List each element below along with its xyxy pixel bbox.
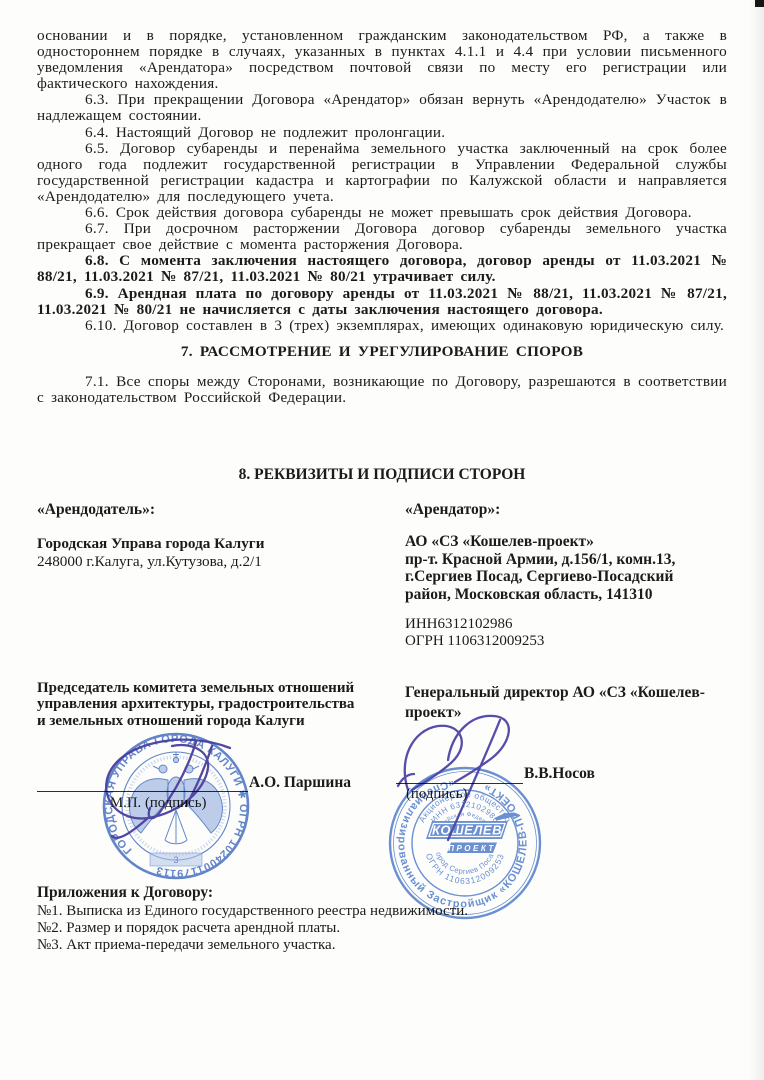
attachments-list: Приложения к Договору: №1. Выписка из Ед… <box>37 884 468 954</box>
landlord-signer-title: Председатель комитета земельных отношени… <box>37 680 354 729</box>
body-text: основании и в порядке, установленном гра… <box>37 28 727 406</box>
tenant-ogrn: ОГРН 1106312009253 <box>405 633 544 650</box>
svg-text:ОГРН 1106312009253: ОГРН 1106312009253 <box>424 852 506 886</box>
landlord-signer-title-line: Председатель комитета земельных отношени… <box>37 680 354 696</box>
tenant-name: АО «СЗ «Кошелев-проект» <box>405 533 735 551</box>
scan-artifact <box>755 0 764 7</box>
tenant-signer-title: Генеральный директор АО «СЗ «Кошелев- пр… <box>405 683 735 722</box>
clause-6-5: 6.5. Договор субаренды и перенайма земел… <box>37 141 727 205</box>
stamp-band-number: 3 <box>173 855 178 865</box>
landlord-label: «Арендодатель»: <box>37 501 155 519</box>
attachment-item: №3. Акт приема-передачи земельного участ… <box>37 937 468 954</box>
tenant-address-line: г.Сергиев Посад, Сергиево-Посадский <box>405 568 735 586</box>
tenant-signature-note: (подпись) <box>406 786 467 803</box>
tenant-signer-title-line: проект» <box>405 703 735 723</box>
tenant-signer-title-line: Генеральный директор АО «СЗ «Кошелев- <box>405 683 735 703</box>
stamp-number-band <box>150 853 202 866</box>
clause-6-3: 6.3. При прекращении Договора «Арендатор… <box>37 92 727 124</box>
section-7-heading: 7. РАССМОТРЕНИЕ И УРЕГУЛИРОВАНИЕ СПОРОВ <box>37 344 727 360</box>
attachment-item: №2. Размер и порядок расчета арендной пл… <box>37 920 468 937</box>
tenant-address-line: район, Московская область, 141310 <box>405 586 735 604</box>
clause-6-6: 6.6. Срок действия договора субаренды не… <box>37 205 727 221</box>
koshelev-logo-text: КОШЕЛЕВ <box>432 823 502 838</box>
tenant-signer-name: В.В.Носов <box>524 765 595 783</box>
clause-6-10: 6.10. Договор составлен в 3 (трех) экзем… <box>37 318 727 334</box>
tenant-stamp-ogrn: ОГРН 1106312009253 <box>424 852 506 886</box>
landlord-signature-ink <box>106 740 230 838</box>
attachment-item: №1. Выписка из Единого государственного … <box>37 903 468 920</box>
clause-6-7: 6.7. При досрочном расторжении Договора … <box>37 221 727 253</box>
tenant-label: «Арендатор»: <box>405 501 500 519</box>
tenant-details: АО «СЗ «Кошелев-проект» пр-т. Красной Ар… <box>405 533 735 603</box>
landlord-details: Городская Управа города Калуги 248000 г.… <box>37 535 264 571</box>
clause-6-8: 6.8. С момента заключения настоящего дог… <box>37 253 727 285</box>
clause-6-4: 6.4. Настоящий Договор не подлежит проло… <box>37 125 727 141</box>
landlord-signer-title-line: управления архитектуры, градостроительст… <box>37 696 354 712</box>
landlord-address: 248000 г.Калуга, ул.Кутузова, д.2/1 <box>37 553 264 571</box>
tenant-inn: ИНН6312102986 <box>405 616 544 633</box>
landlord-name: Городская Управа города Калуги <box>37 535 264 553</box>
tenant-stamp-inn: ИНН 6312102986 <box>429 800 501 825</box>
landlord-signature-note: М.П. (подпись) <box>110 795 206 812</box>
clause-6-9: 6.9. Арендная плата по договору аренды о… <box>37 286 727 318</box>
signature-line-tenant <box>396 783 523 784</box>
landlord-signer-title-line: и земельных отношений города Калуги <box>37 713 354 729</box>
tenant-address-line: пр-т. Красной Армии, д.156/1, комн.13, <box>405 551 735 569</box>
tenant-registration-ids: ИНН6312102986 ОГРН 1106312009253 <box>405 616 544 650</box>
tenant-signature-ink <box>398 716 509 840</box>
landlord-signer-name: А.О. Паршина <box>249 774 351 792</box>
svg-text:ИНН 6312102986: ИНН 6312102986 <box>429 800 501 825</box>
clause-7-1: 7.1. Все споры между Сторонами, возникаю… <box>37 374 727 406</box>
document-page: основании и в порядке, установленном гра… <box>0 0 764 1080</box>
clause-6-2-continuation: основании и в порядке, установленном гра… <box>37 28 727 92</box>
section-8-heading: 8. РЕКВИЗИТЫ И ПОДПИСИ СТОРОН <box>0 466 764 484</box>
attachments-title: Приложения к Договору: <box>37 884 468 901</box>
koshelev-logo: КОШЕЛЕВ ПРОЕКТ <box>426 813 520 853</box>
scan-edge-shadow <box>748 0 764 1080</box>
proekt-logo-text: ПРОЕКТ <box>448 844 496 853</box>
signature-line-landlord <box>37 791 248 792</box>
